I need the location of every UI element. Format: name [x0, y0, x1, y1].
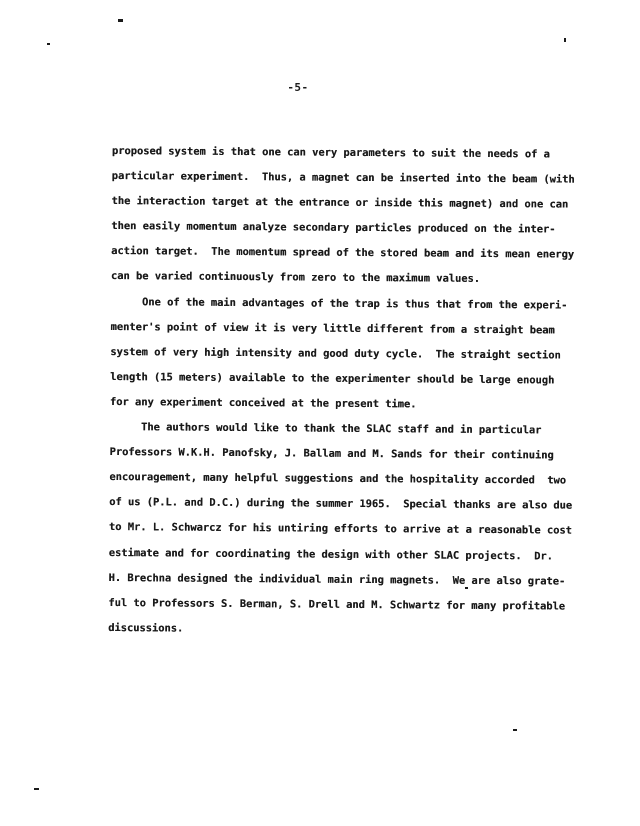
text-line: proposed system is that one can very par… [112, 139, 592, 168]
text-line: The authors would like to thank the SLAC… [110, 415, 590, 444]
scan-speck [118, 19, 123, 22]
scan-speck [465, 587, 468, 589]
text-line: can be varied continuously from zero to … [111, 264, 591, 293]
text-line: the interaction target at the entrance o… [111, 189, 591, 218]
text-line: menter's point of view it is very little… [110, 315, 590, 344]
scan-speck [34, 788, 39, 790]
page-number: -5- [0, 81, 596, 94]
text-line: discussions. [108, 616, 588, 645]
scan-speck [513, 729, 517, 731]
text-line: for any experiment conceived at the pres… [110, 390, 590, 419]
text-line: system of very high intensity and good d… [110, 340, 590, 369]
text-line: ful to Professors S. Berman, S. Drell an… [108, 591, 588, 620]
text-line: H. Brechna designed the individual main … [108, 566, 588, 595]
text-line: One of the main advantages of the trap i… [111, 290, 591, 319]
scan-speck [564, 38, 566, 42]
text-line: estimate and for coordinating the design… [109, 540, 589, 569]
text-line: to Mr. L. Schwarcz for his untiring effo… [109, 515, 589, 544]
text-block: proposed system is that one can very par… [108, 139, 592, 645]
text-line: encouragement, many helpful suggestions … [109, 465, 589, 494]
text-line: Professors W.K.H. Panofsky, J. Ballam an… [109, 440, 589, 469]
text-line: of us (P.L. and D.C.) during the summer … [109, 490, 589, 519]
text-line: then easily momentum analyze secondary p… [111, 214, 591, 243]
scan-speck [47, 43, 50, 45]
scanned-page: -5- proposed system is that one can very… [0, 0, 640, 826]
text-line: length (15 meters) available to the expe… [110, 365, 590, 394]
text-line: action target. The momentum spread of th… [111, 239, 591, 268]
text-line: particular experiment. Thus, a magnet ca… [112, 164, 592, 193]
